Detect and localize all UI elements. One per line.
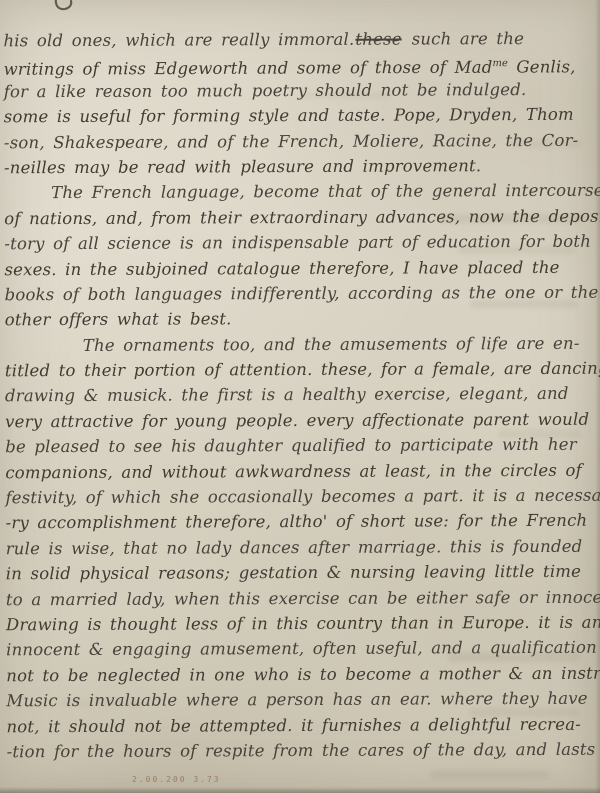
manuscript-line: drawing & musick. the first is a healthy… (5, 381, 596, 409)
line-text: writings of miss Edgeworth and some of t… (4, 58, 493, 79)
manuscript-line: to a married lady, when this exercise ca… (6, 584, 597, 612)
manuscript-line: -son, Shakespeare, and of the French, Mo… (4, 127, 595, 155)
manuscript-line: for a like reason too much poetry should… (4, 76, 595, 104)
manuscript-line: some is useful for forming style and tas… (4, 102, 595, 130)
manuscript-line: other offers what is best. (5, 305, 596, 333)
bleedthrough-smudge (430, 770, 550, 779)
manuscript-line: -tory of all science is an indispensable… (4, 229, 595, 257)
manuscript-line: Drawing is thought less of in this count… (6, 610, 597, 638)
manuscript-line: in solid physical reasons; gestation & n… (6, 559, 597, 587)
manuscript-line: his old ones, which are really immoral.t… (3, 26, 594, 54)
manuscript-line: rule is wise, that no lady dances after … (6, 534, 597, 562)
letter-text: his old ones, which are really immoral.t… (3, 26, 597, 765)
line-text: such are the (412, 29, 524, 48)
manuscript-line-paragraph-start: The French language, become that of the … (4, 178, 595, 206)
manuscript-line: writings of miss Edgeworth and some of t… (4, 51, 595, 79)
manuscript-line: -ry accomplishment therefore, altho' of … (6, 508, 597, 536)
manuscript-line: Music is invaluable where a person has a… (6, 686, 597, 714)
scan-edge-right (595, 0, 600, 793)
manuscript-line: companions, and without awkwardness at l… (5, 457, 596, 485)
manuscript-line: books of both languages indifferently, a… (5, 280, 596, 308)
manuscript-line: sexes. in the subjoined catalogue theref… (4, 254, 595, 282)
archival-stamp: 2.00.200 3.73 (132, 775, 221, 784)
struck-out-word: these (355, 30, 401, 49)
superscript-abbreviation: me (492, 58, 507, 69)
scan-edge-bottom (0, 787, 600, 793)
manuscript-line: -neilles may be read with pleasure and i… (4, 153, 595, 181)
manuscript-line: innocent & engaging amusement, often use… (6, 635, 597, 663)
line-text: Genlis, (508, 58, 576, 77)
manuscript-line: be pleased to see his daughter qualified… (5, 432, 596, 460)
manuscript-line-paragraph-start: The ornaments too, and the amusements of… (5, 330, 596, 358)
cropped-line-remnant-mark (50, 0, 80, 14)
manuscript-line: -tion for the hours of respite from the … (6, 737, 597, 765)
manuscript-line: festivity, of which she occasionally bec… (5, 483, 596, 511)
manuscript-line: not to be neglected in one who is to bec… (6, 660, 597, 688)
manuscript-page: his old ones, which are really immoral.t… (0, 0, 600, 793)
manuscript-line: titled to their portion of attention. th… (5, 356, 596, 384)
manuscript-line: not, it should not be attempted. it furn… (6, 711, 597, 739)
manuscript-line: of nations, and, from their extraordinar… (4, 203, 595, 231)
line-text: his old ones, which are really immoral. (3, 30, 354, 51)
manuscript-line: very attractive for young people. every … (5, 407, 596, 435)
